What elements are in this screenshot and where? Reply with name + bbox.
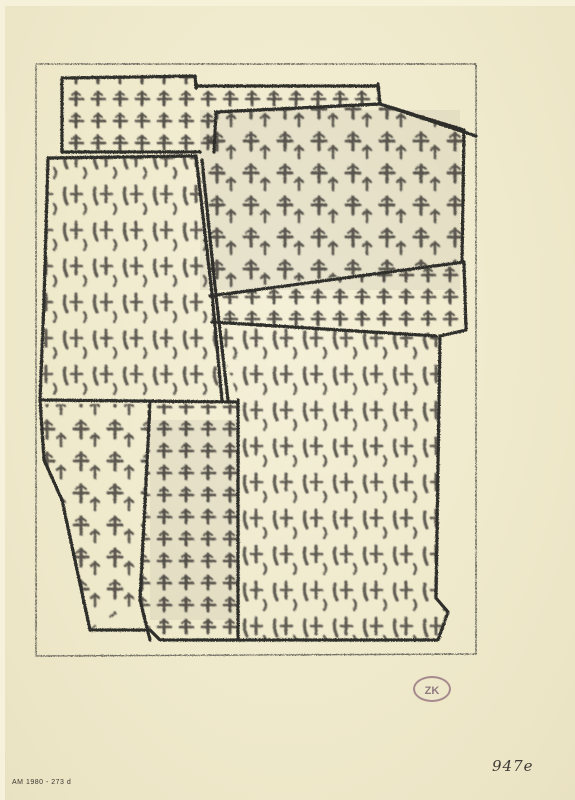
collector-stamp: ZK <box>413 676 451 702</box>
artwork-sheet: AM 1980 - 273 d ZK 947e <box>0 0 575 800</box>
accession-number: AM 1980 - 273 d <box>12 779 71 786</box>
charcoal-drawing <box>0 0 575 800</box>
inventory-number: 947e <box>492 757 534 775</box>
